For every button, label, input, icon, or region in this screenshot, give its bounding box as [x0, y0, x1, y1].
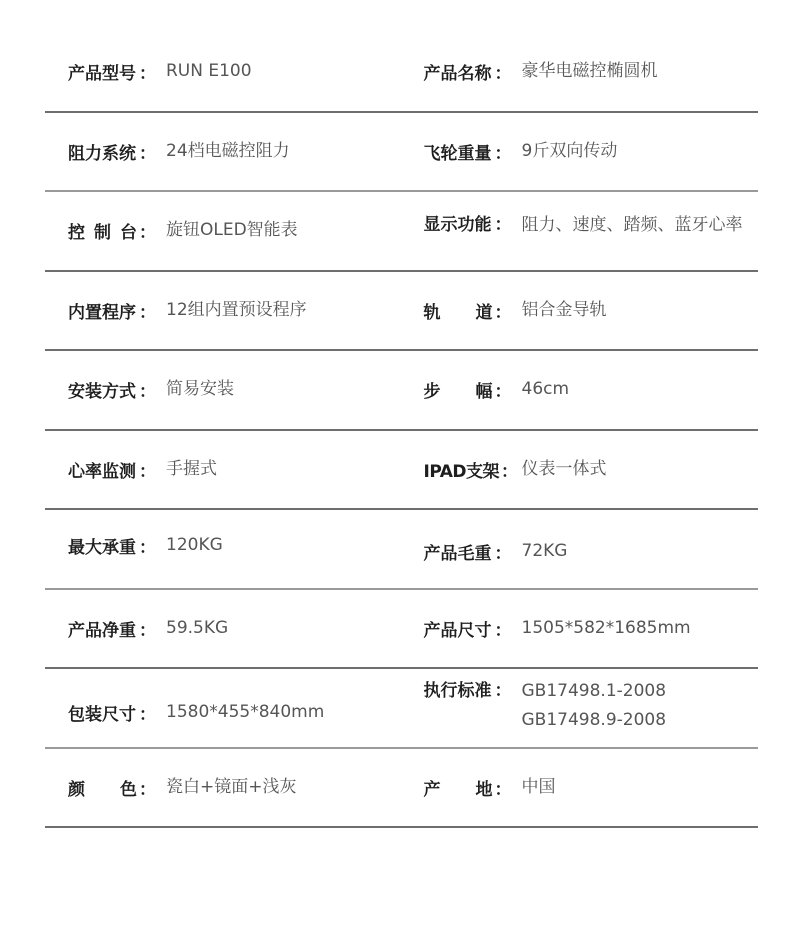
spec-row: 颜 色 ： 瓷白+镜面+浅灰 产 地 ： 中国: [45, 749, 758, 829]
spec-value: RUN E100: [166, 57, 252, 86]
spec-label: 产品净重：: [68, 616, 156, 641]
spec-value: 豪华电磁控椭圆机: [522, 57, 658, 86]
spec-label: 产品尺寸：: [424, 616, 512, 641]
spec-item-max-load: 最大承重： 120KG: [45, 510, 402, 588]
spec-label: 产品名称：: [424, 59, 512, 84]
spec-label: 包装尺寸：: [68, 700, 156, 725]
spec-label: 步 幅 ：: [424, 377, 512, 402]
spec-row: 心率监测： 手握式 IPAD支架： 仪表一体式: [45, 431, 758, 511]
spec-item-resistance: 阻力系统： 24档电磁控阻力: [45, 113, 402, 191]
spec-table: 产品型号： RUN E100 产品名称： 豪华电磁控椭圆机 阻力系统： 24档电…: [45, 33, 758, 828]
spec-value: GB17498.1-2008 GB17498.9-2008: [522, 677, 667, 735]
spec-item-color: 颜 色 ： 瓷白+镜面+浅灰: [45, 749, 402, 827]
spec-label: 最大承重：: [68, 533, 156, 558]
spec-label: 产品毛重：: [424, 539, 512, 564]
spec-value: 仪表一体式: [522, 455, 607, 484]
spec-value: 中国: [522, 773, 556, 802]
spec-value: 12组内置预设程序: [166, 296, 307, 325]
spec-item-installation: 安装方式： 简易安装: [45, 351, 402, 429]
spec-item-stride: 步 幅 ： 46cm: [402, 351, 759, 429]
spec-row: 阻力系统： 24档电磁控阻力 飞轮重量： 9斤双向传动: [45, 113, 758, 193]
spec-label: 安装方式：: [68, 377, 156, 402]
spec-value: 46cm: [522, 375, 570, 404]
spec-value: 1505*582*1685mm: [522, 614, 691, 643]
spec-value: 72KG: [522, 537, 568, 566]
spec-item-console: 控 制 台 ： 旋钮OLED智能表: [45, 192, 402, 270]
spec-item-heart-rate: 心率监测： 手握式: [45, 431, 402, 509]
spec-value: 9斤双向传动: [522, 137, 618, 166]
spec-item-origin: 产 地 ： 中国: [402, 749, 759, 827]
spec-row: 安装方式： 简易安装 步 幅 ： 46cm: [45, 351, 758, 431]
spec-row: 控 制 台 ： 旋钮OLED智能表 显示功能： 阻力、速度、踏频、蓝牙心率: [45, 192, 758, 272]
spec-value: 手握式: [166, 455, 217, 484]
spec-item-rail: 轨 道 ： 铝合金导轨: [402, 272, 759, 350]
spec-label: 颜 色 ：: [68, 775, 156, 800]
spec-item-display: 显示功能： 阻力、速度、踏频、蓝牙心率: [402, 192, 759, 270]
spec-item-flywheel: 飞轮重量： 9斤双向传动: [402, 113, 759, 191]
spec-label: IPAD支架：: [424, 457, 512, 482]
spec-value: 阻力、速度、踏频、蓝牙心率: [522, 211, 754, 240]
spec-value: 简易安装: [166, 375, 234, 404]
spec-row: 包装尺寸： 1580*455*840mm 执行标准： GB17498.1-200…: [45, 669, 758, 749]
spec-item-programs: 内置程序： 12组内置预设程序: [45, 272, 402, 350]
spec-value: 瓷白+镜面+浅灰: [166, 773, 297, 802]
spec-item-ipad-holder: IPAD支架： 仪表一体式: [402, 431, 759, 509]
spec-label: 产 地 ：: [424, 775, 512, 800]
spec-value: 铝合金导轨: [522, 296, 607, 325]
spec-item-standard: 执行标准： GB17498.1-2008 GB17498.9-2008: [402, 669, 759, 747]
spec-value: 1580*455*840mm: [166, 698, 324, 727]
spec-label: 阻力系统：: [68, 139, 156, 164]
spec-row: 产品净重： 59.5KG 产品尺寸： 1505*582*1685mm: [45, 590, 758, 670]
spec-label: 控 制 台 ：: [68, 218, 156, 243]
spec-label: 内置程序：: [68, 298, 156, 323]
spec-item-product-name: 产品名称： 豪华电磁控椭圆机: [402, 33, 759, 111]
spec-value: 59.5KG: [166, 614, 228, 643]
spec-row: 最大承重： 120KG 产品毛重： 72KG: [45, 510, 758, 590]
spec-item-gross-weight: 产品毛重： 72KG: [402, 510, 759, 588]
spec-item-package-size: 包装尺寸： 1580*455*840mm: [45, 669, 402, 747]
spec-item-net-weight: 产品净重： 59.5KG: [45, 590, 402, 668]
spec-label: 产品型号：: [68, 59, 156, 84]
spec-value: 120KG: [166, 531, 223, 560]
spec-value: 24档电磁控阻力: [166, 137, 290, 166]
spec-label: 心率监测：: [68, 457, 156, 482]
spec-row: 产品型号： RUN E100 产品名称： 豪华电磁控椭圆机: [45, 33, 758, 113]
spec-label: 显示功能：: [424, 211, 512, 240]
spec-row: 内置程序： 12组内置预设程序 轨 道 ： 铝合金导轨: [45, 272, 758, 352]
spec-label: 轨 道 ：: [424, 298, 512, 323]
spec-item-model: 产品型号： RUN E100: [45, 33, 402, 111]
spec-label: 执行标准：: [424, 677, 512, 706]
spec-item-product-size: 产品尺寸： 1505*582*1685mm: [402, 590, 759, 668]
spec-value: 旋钮OLED智能表: [166, 216, 298, 245]
spec-label: 飞轮重量：: [424, 139, 512, 164]
